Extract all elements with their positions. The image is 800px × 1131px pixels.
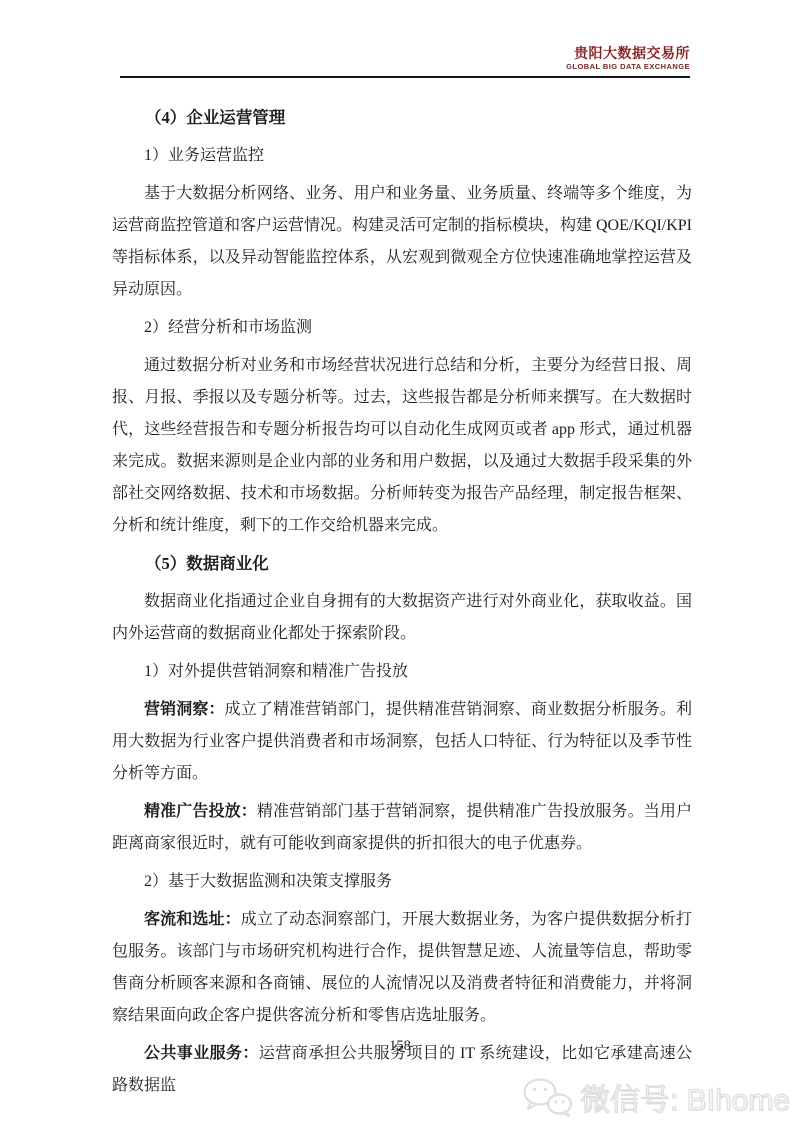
sub-heading: 1）对外提供营销洞察和精准广告投放 [112, 656, 692, 688]
header-rule [120, 76, 690, 78]
body-paragraph: 精准广告投放：精准营销部门基于营销洞察，提供精准广告投放服务。当用户距离商家很近… [112, 796, 692, 860]
body-paragraph: 通过数据分析对业务和市场经营状况进行总结和分析，主要分为经营日报、周报、月报、季… [112, 350, 692, 542]
document-body: （4）企业运营管理 1）业务运营监控 基于大数据分析网络、业务、用户和业务量、业… [112, 102, 692, 1108]
body-paragraph: 营销洞察：成立了精准营销部门，提供精准营销洞察、商业数据分析服务。利用大数据为行… [112, 694, 692, 790]
body-paragraph: 数据商业化指通过企业自身拥有的大数据资产进行对外商业化，获取收益。国内外运营商的… [112, 586, 692, 650]
section-heading: （5）数据商业化 [112, 548, 692, 580]
watermark-text: 微信号: BIhome [580, 1075, 790, 1119]
logo-title: 贵阳大数据交易所 [566, 46, 690, 61]
section-heading: （4）企业运营管理 [112, 102, 692, 134]
paragraph-lead: 客流和选址： [144, 911, 241, 928]
page-number: 158 [0, 1038, 800, 1055]
body-paragraph: 客流和选址：成立了动态洞察部门，开展大数据业务，为客户提供数据分析打包服务。该部… [112, 904, 692, 1032]
paragraph-lead: 营销洞察： [144, 701, 225, 718]
page-header: 贵阳大数据交易所 GLOBAL BIG DATA EXCHANGE [566, 46, 690, 72]
sub-heading: 1）业务运营监控 [112, 140, 692, 172]
document-page: 贵阳大数据交易所 GLOBAL BIG DATA EXCHANGE （4）企业运… [0, 0, 800, 1131]
sub-heading: 2）经营分析和市场监测 [112, 312, 692, 344]
watermark: 微信号: BIhome [521, 1075, 790, 1119]
wechat-icon [521, 1076, 573, 1118]
sub-heading: 2）基于大数据监测和决策支撑服务 [112, 866, 692, 898]
body-paragraph: 基于大数据分析网络、业务、用户和业务量、业务质量、终端等多个维度，为运营商监控管… [112, 178, 692, 306]
logo-subtitle: GLOBAL BIG DATA EXCHANGE [566, 63, 690, 71]
paragraph-lead: 精准广告投放： [144, 803, 257, 820]
